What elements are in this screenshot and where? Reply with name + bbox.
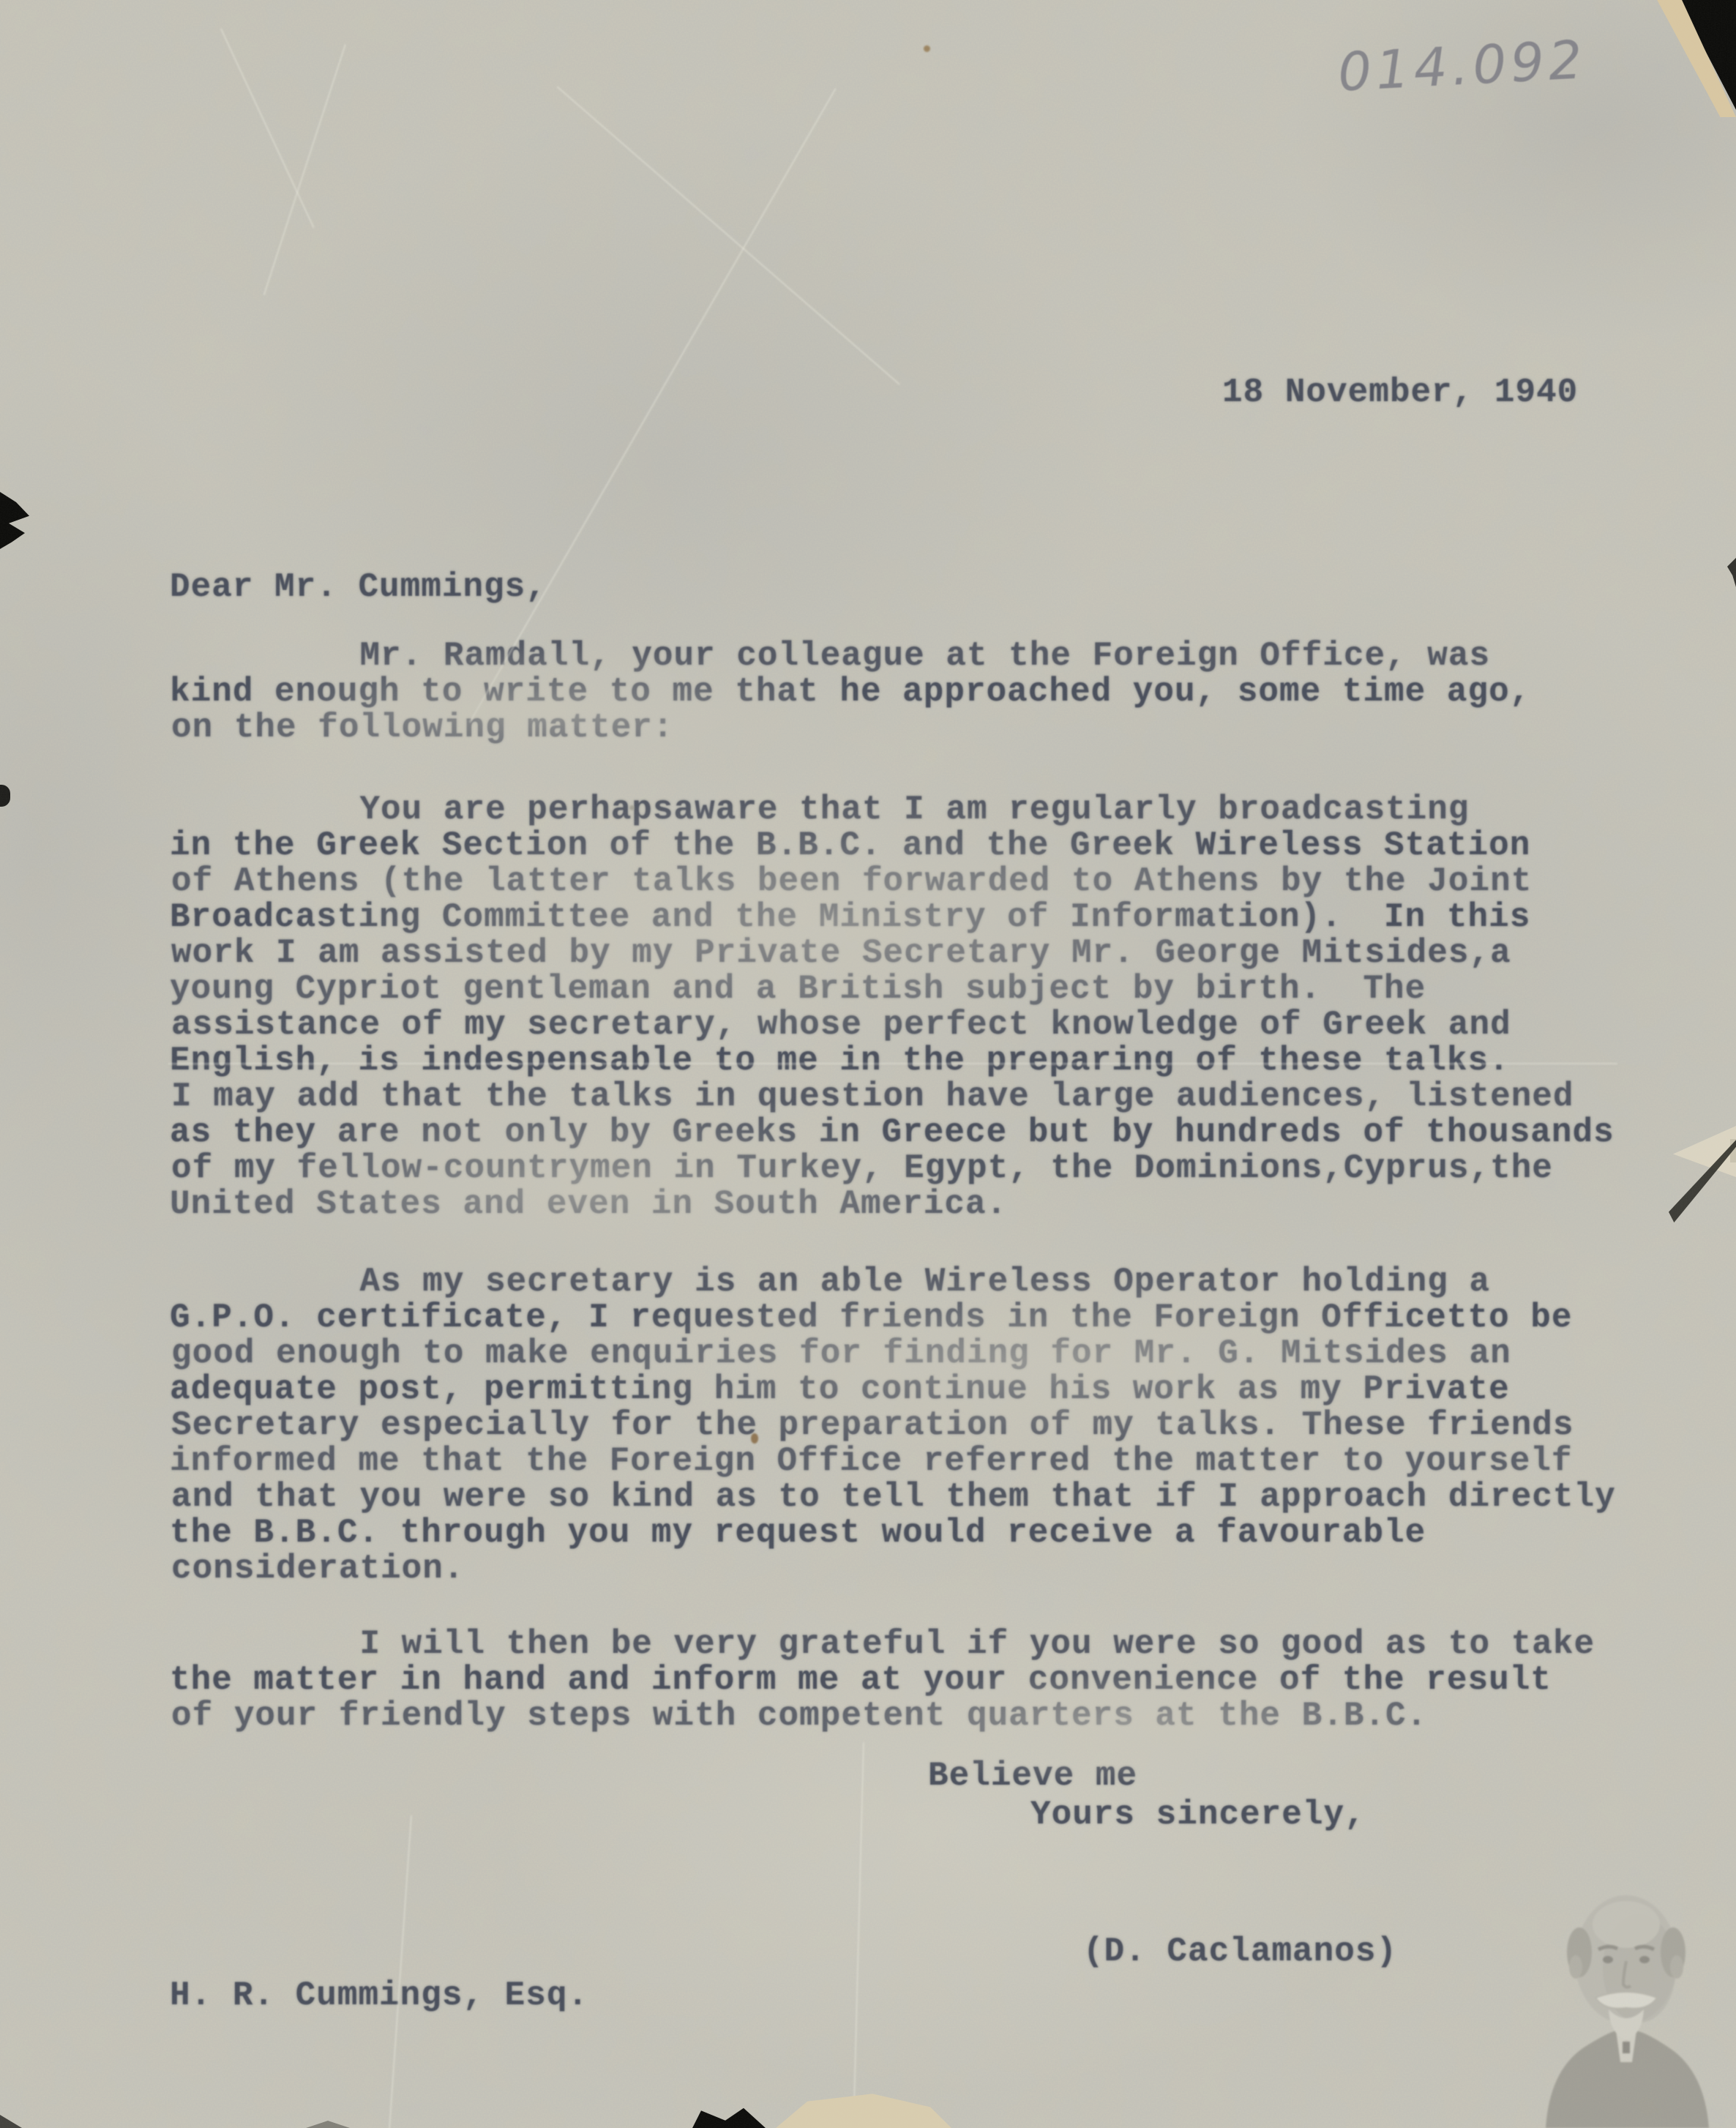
edge-tear (692, 2103, 766, 2128)
edge-tear (1727, 558, 1736, 587)
ink-fade-patch (278, 798, 1376, 1047)
archive-number-annotation: 014.092 (1336, 29, 1588, 103)
stain-spot (924, 45, 930, 52)
edge-tear (0, 2115, 22, 2128)
letter-signature: (D. Caclamanos) (1083, 1934, 1397, 1970)
edge-tear (306, 2121, 350, 2128)
letter-line: English, is indespensable to me in the p… (170, 1043, 1615, 1079)
crease-line (168, 1063, 1617, 1066)
crease-line (556, 86, 901, 386)
letter-page: 014.092 18 November, 1940 Dear Mr. Cummi… (0, 0, 1736, 2128)
tear-flap (776, 2090, 951, 2128)
crease-line (263, 44, 347, 296)
stain-spot (629, 805, 635, 810)
stain-spot (751, 1433, 758, 1444)
ink-fade-patch (556, 1266, 1508, 1457)
letter-addressee: H. R. Cummings, Esq. (170, 1978, 588, 2014)
letter-line: the B.B.C. through you my request would … (170, 1515, 1615, 1551)
letter-line: I will then be very grateful if you were… (171, 1627, 1595, 1662)
crease-line (852, 1742, 865, 2128)
crease-line (220, 28, 315, 228)
letter-closing: Yours sincerely, (1030, 1797, 1366, 1833)
crease-line (468, 88, 837, 723)
letter-salutation: Dear Mr. Cummings, (170, 570, 547, 605)
crease-line (388, 1815, 413, 2128)
ink-fade-patch (805, 1662, 1464, 1786)
edge-tear (0, 492, 29, 549)
ink-fade-patch (220, 644, 878, 776)
ink-fade-patch (220, 1083, 951, 1288)
letter-date: 18 November, 1940 (1222, 375, 1578, 411)
portrait-watermark (1516, 1850, 1736, 2128)
edge-tear (0, 785, 10, 807)
letter-line: and that you were so kind as to tell the… (171, 1479, 1616, 1515)
letter-line: consideration. (171, 1551, 1616, 1587)
